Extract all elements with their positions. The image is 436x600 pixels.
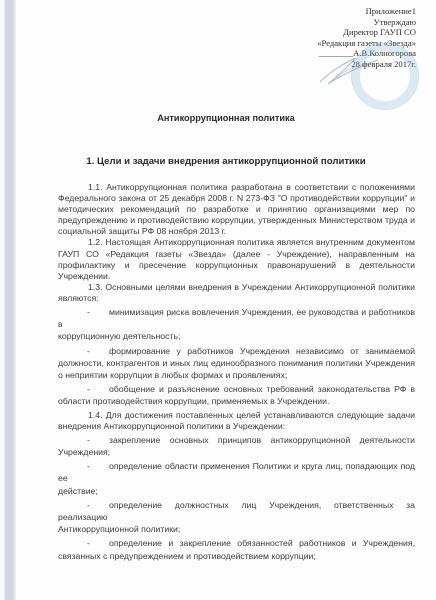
list-item: -определение области применения Политики… <box>58 460 415 497</box>
paragraph-1-4: 1.4. Для достижения поставленных целей у… <box>58 410 415 432</box>
approval-line-position: Директор ГАУП СО <box>317 27 416 38</box>
dash-bullet: - <box>58 537 109 549</box>
paragraph-1-1: 1.1. Антикоррупционная политика разработ… <box>58 182 415 237</box>
goals-list: -минимизация риска вовлечения Учреждения… <box>58 306 415 408</box>
signature-icon <box>316 50 386 90</box>
dash-bullet: - <box>58 383 109 395</box>
approval-line-appendix: Приложение1 <box>317 6 416 17</box>
scan-left-edge <box>0 0 16 600</box>
paragraph-1-3: 1.3. Основными целями внедрения в Учрежд… <box>58 282 415 304</box>
document-page: Приложение1 Утверждаю Директор ГАУП СО «… <box>16 0 436 600</box>
dash-bullet: - <box>58 306 109 318</box>
list-item: -определение должностных лиц Учреждения,… <box>58 499 415 536</box>
list-item: -минимизация риска вовлечения Учреждения… <box>58 306 415 343</box>
approval-line-approve: Утверждаю <box>317 17 416 28</box>
dash-bullet: - <box>58 460 109 472</box>
document-title: Антикоррупционная политика <box>16 113 436 123</box>
list-item: -формирование у работников Учреждения не… <box>58 345 415 382</box>
section-heading: 1. Цели и задачи внедрения антикоррупцио… <box>16 156 436 167</box>
tasks-list: -закрепление основных принципов антикорр… <box>58 434 415 562</box>
list-item: -обобщение и разъяснение основных требов… <box>58 383 415 407</box>
list-item: -определение и закрепление обязанностей … <box>58 537 415 561</box>
paragraph-1-2: 1.2. Настоящая Антикоррупционная политик… <box>58 237 415 281</box>
dash-bullet: - <box>58 345 109 357</box>
document-body: 1.1. Антикоррупционная политика разработ… <box>58 182 415 562</box>
dash-bullet: - <box>58 499 109 511</box>
list-item: -закрепление основных принципов антикорр… <box>58 434 415 458</box>
dash-bullet: - <box>58 434 109 446</box>
